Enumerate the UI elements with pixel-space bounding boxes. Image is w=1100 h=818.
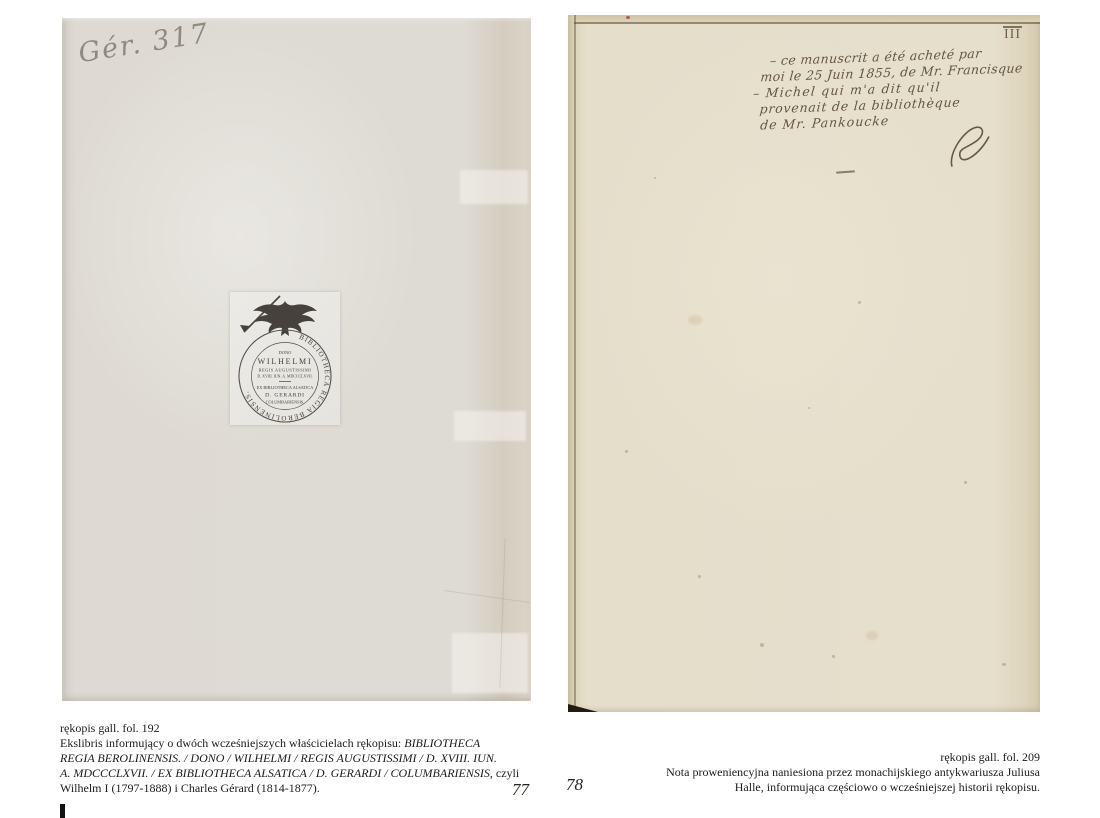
stamp-line: EX BIBLIOTHECA ALSATICA	[257, 385, 315, 390]
foxing-spot	[1002, 663, 1006, 666]
crop-mark	[60, 804, 65, 818]
stamp-line: WILHELMI	[258, 357, 313, 366]
page-edge-top	[568, 15, 1040, 22]
caption-left: rękopis gall. fol. 192 Ekslibris informu…	[60, 721, 480, 796]
tape-mark	[454, 411, 526, 441]
ekslibris-stamp: BIBLIOTHECA REGIA BEROLINENSIS. DONO WIL…	[230, 292, 340, 425]
tape-mark	[460, 170, 528, 204]
caption-text: Ekslibris informujący o dwóch wcześniejs…	[60, 736, 404, 750]
page-edge-left-line	[574, 15, 576, 712]
handwritten-note: – ce manuscrit a été acheté par moi le 2…	[751, 44, 1024, 133]
caption-text: Wilhelm I (1797-1888) i Charles Gérard (…	[60, 781, 320, 795]
caption-text-italic: REGIA BEROLINENSIS. / DONO / WILHELMI / …	[60, 751, 497, 765]
page-number-left: 77	[512, 780, 529, 800]
foxing-spot	[698, 575, 701, 578]
paper-crease	[444, 590, 529, 603]
caption-left-line: A. MDCCCLXVII. / EX BIBLIOTHECA ALSATICA…	[60, 766, 480, 781]
caption-right: rękopis gall. fol. 209 Nota proweniencyj…	[610, 750, 1040, 795]
right-plate-photo: III – ce manuscrit a été acheté par moi …	[568, 15, 1040, 712]
foxing-stain	[688, 315, 702, 325]
eagle-icon	[253, 301, 317, 336]
tape-mark	[452, 633, 528, 693]
stamp-line: D. XVIII. IUN. A. MDCCCLXVII.	[257, 375, 312, 379]
foxing-spot	[858, 301, 861, 304]
caption-left-line: REGIA BEROLINENSIS. / DONO / WILHELMI / …	[60, 751, 480, 766]
caption-left-line: Wilhelm I (1797-1888) i Charles Gérard (…	[60, 781, 480, 796]
corner-shadow	[568, 704, 598, 712]
foxing-spot	[832, 655, 835, 658]
caption-right-line: Nota proweniencyjna naniesiona przez mon…	[610, 765, 1040, 780]
stamp-line: REGIS AUGUSTISSIMI	[259, 368, 312, 373]
caption-left-line: Ekslibris informujący o dwóch wcześniejs…	[60, 736, 480, 751]
stamp-line: COLUMBARIENSIS.	[266, 400, 305, 405]
note-dash	[836, 170, 855, 173]
foxing-spot	[964, 481, 967, 484]
caption-text-italic: BIBLIOTHECA	[404, 736, 480, 750]
stamp-line: D. GERARDI	[265, 393, 305, 399]
foxing-spot	[760, 643, 764, 647]
pencil-shelfmark: Gér. 317	[76, 18, 211, 69]
foxing-spot	[654, 177, 656, 179]
foxing-stain	[866, 631, 878, 640]
caption-left-shelfmark: rękopis gall. fol. 192	[60, 721, 480, 736]
caption-text-italic: A. MDCCCLXVII. / EX BIBLIOTHECA ALSATICA…	[60, 766, 490, 780]
foxing-spot	[625, 450, 628, 453]
foxing-spot	[808, 407, 810, 409]
stamp-line: DONO	[279, 350, 292, 355]
roman-numeral-mark: III	[1003, 26, 1022, 42]
page-edge-top-line	[568, 22, 1040, 24]
page-number-right: 78	[566, 775, 583, 795]
caption-right-line: Halle, informująca częściowo o wcześniej…	[610, 780, 1040, 795]
caption-text: , czyli	[490, 766, 519, 780]
caption-right-shelfmark: rękopis gall. fol. 209	[610, 750, 1040, 765]
bookplate: BIBLIOTHECA REGIA BEROLINENSIS. DONO WIL…	[230, 292, 340, 425]
signature-flourish	[941, 117, 995, 179]
red-speck	[626, 16, 630, 19]
left-plate-photo: Gér. 317 BIBLIOTHECA REGIA BEROLINENSIS.	[62, 18, 531, 701]
